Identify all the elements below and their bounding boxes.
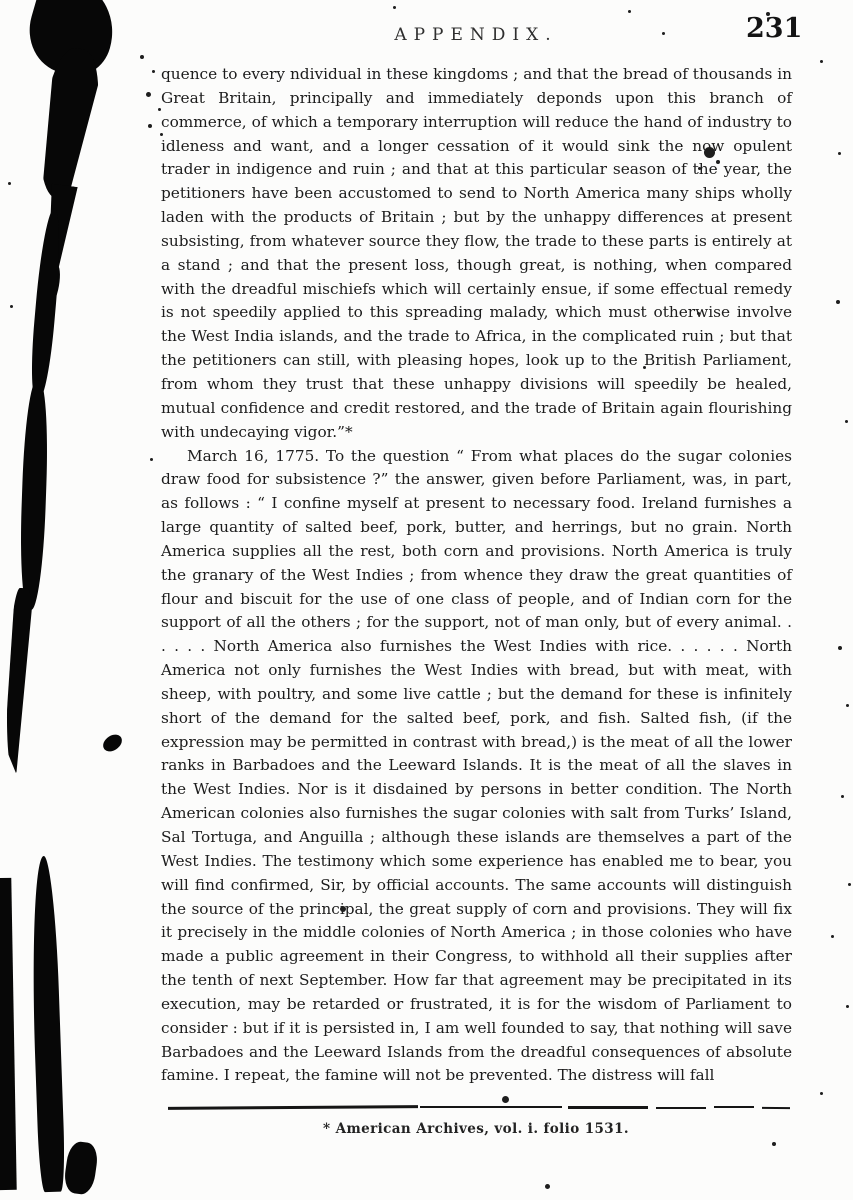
ink-speck xyxy=(848,883,851,886)
ink-speck xyxy=(820,60,823,63)
rule-segment xyxy=(168,1105,418,1110)
rule-segment xyxy=(568,1106,648,1109)
ink-speck xyxy=(845,420,848,423)
ink-smudge xyxy=(3,588,35,775)
rule-segment xyxy=(762,1107,790,1109)
ink-smudge xyxy=(31,45,106,203)
footnote-text: * American Archives, vol. i. folio 1531. xyxy=(160,1121,792,1137)
ink-speck xyxy=(158,108,161,111)
page-number: 231 xyxy=(746,13,802,44)
ink-speck xyxy=(160,133,163,136)
scanned-book-page: APPENDIX. 231 quence to every ndividual … xyxy=(0,0,853,1200)
ink-blob xyxy=(100,731,124,756)
ink-speck xyxy=(698,167,701,170)
ink-smudge xyxy=(63,1140,100,1196)
ink-speck xyxy=(662,32,665,35)
ink-speck xyxy=(148,124,152,128)
body-text-block: quence to every ndividual in these kingd… xyxy=(161,63,792,1088)
ink-speck xyxy=(716,160,720,164)
ink-speck xyxy=(820,1092,823,1095)
paragraph-continuation: quence to every ndividual in these kingd… xyxy=(161,63,792,445)
ink-speck xyxy=(697,312,700,315)
ink-speck xyxy=(846,1005,849,1008)
ink-speck xyxy=(628,10,631,13)
ink-smudge xyxy=(0,878,17,1190)
ink-speck xyxy=(836,300,840,304)
ink-speck xyxy=(545,1184,550,1189)
ink-speck xyxy=(838,646,842,650)
ink-smudge xyxy=(28,207,64,398)
ink-speck xyxy=(704,147,715,158)
rule-segment xyxy=(656,1107,706,1109)
rule-segment xyxy=(714,1106,754,1108)
ink-speck xyxy=(841,795,844,798)
ink-speck xyxy=(340,906,346,912)
ink-smudge xyxy=(18,380,50,611)
ink-speck xyxy=(152,70,155,73)
ink-speck xyxy=(831,935,834,938)
ink-smudge xyxy=(28,856,66,1193)
rule-segment xyxy=(420,1106,562,1108)
ink-speck xyxy=(772,1142,776,1146)
ink-speck xyxy=(766,12,770,16)
ink-speck xyxy=(838,152,841,155)
ink-speck xyxy=(393,6,396,9)
ink-speck xyxy=(502,1096,509,1103)
ink-speck xyxy=(150,458,153,461)
ink-speck xyxy=(140,55,144,59)
ink-speck xyxy=(10,305,13,308)
ink-speck xyxy=(146,92,151,97)
ink-speck xyxy=(643,366,646,369)
ink-speck xyxy=(846,704,849,707)
paragraph-march-16-1775: March 16, 1775. To the question “ From w… xyxy=(161,445,792,1089)
running-head-title: APPENDIX. xyxy=(160,25,792,45)
footnote-rule xyxy=(168,1103,790,1111)
ink-speck xyxy=(8,182,11,185)
